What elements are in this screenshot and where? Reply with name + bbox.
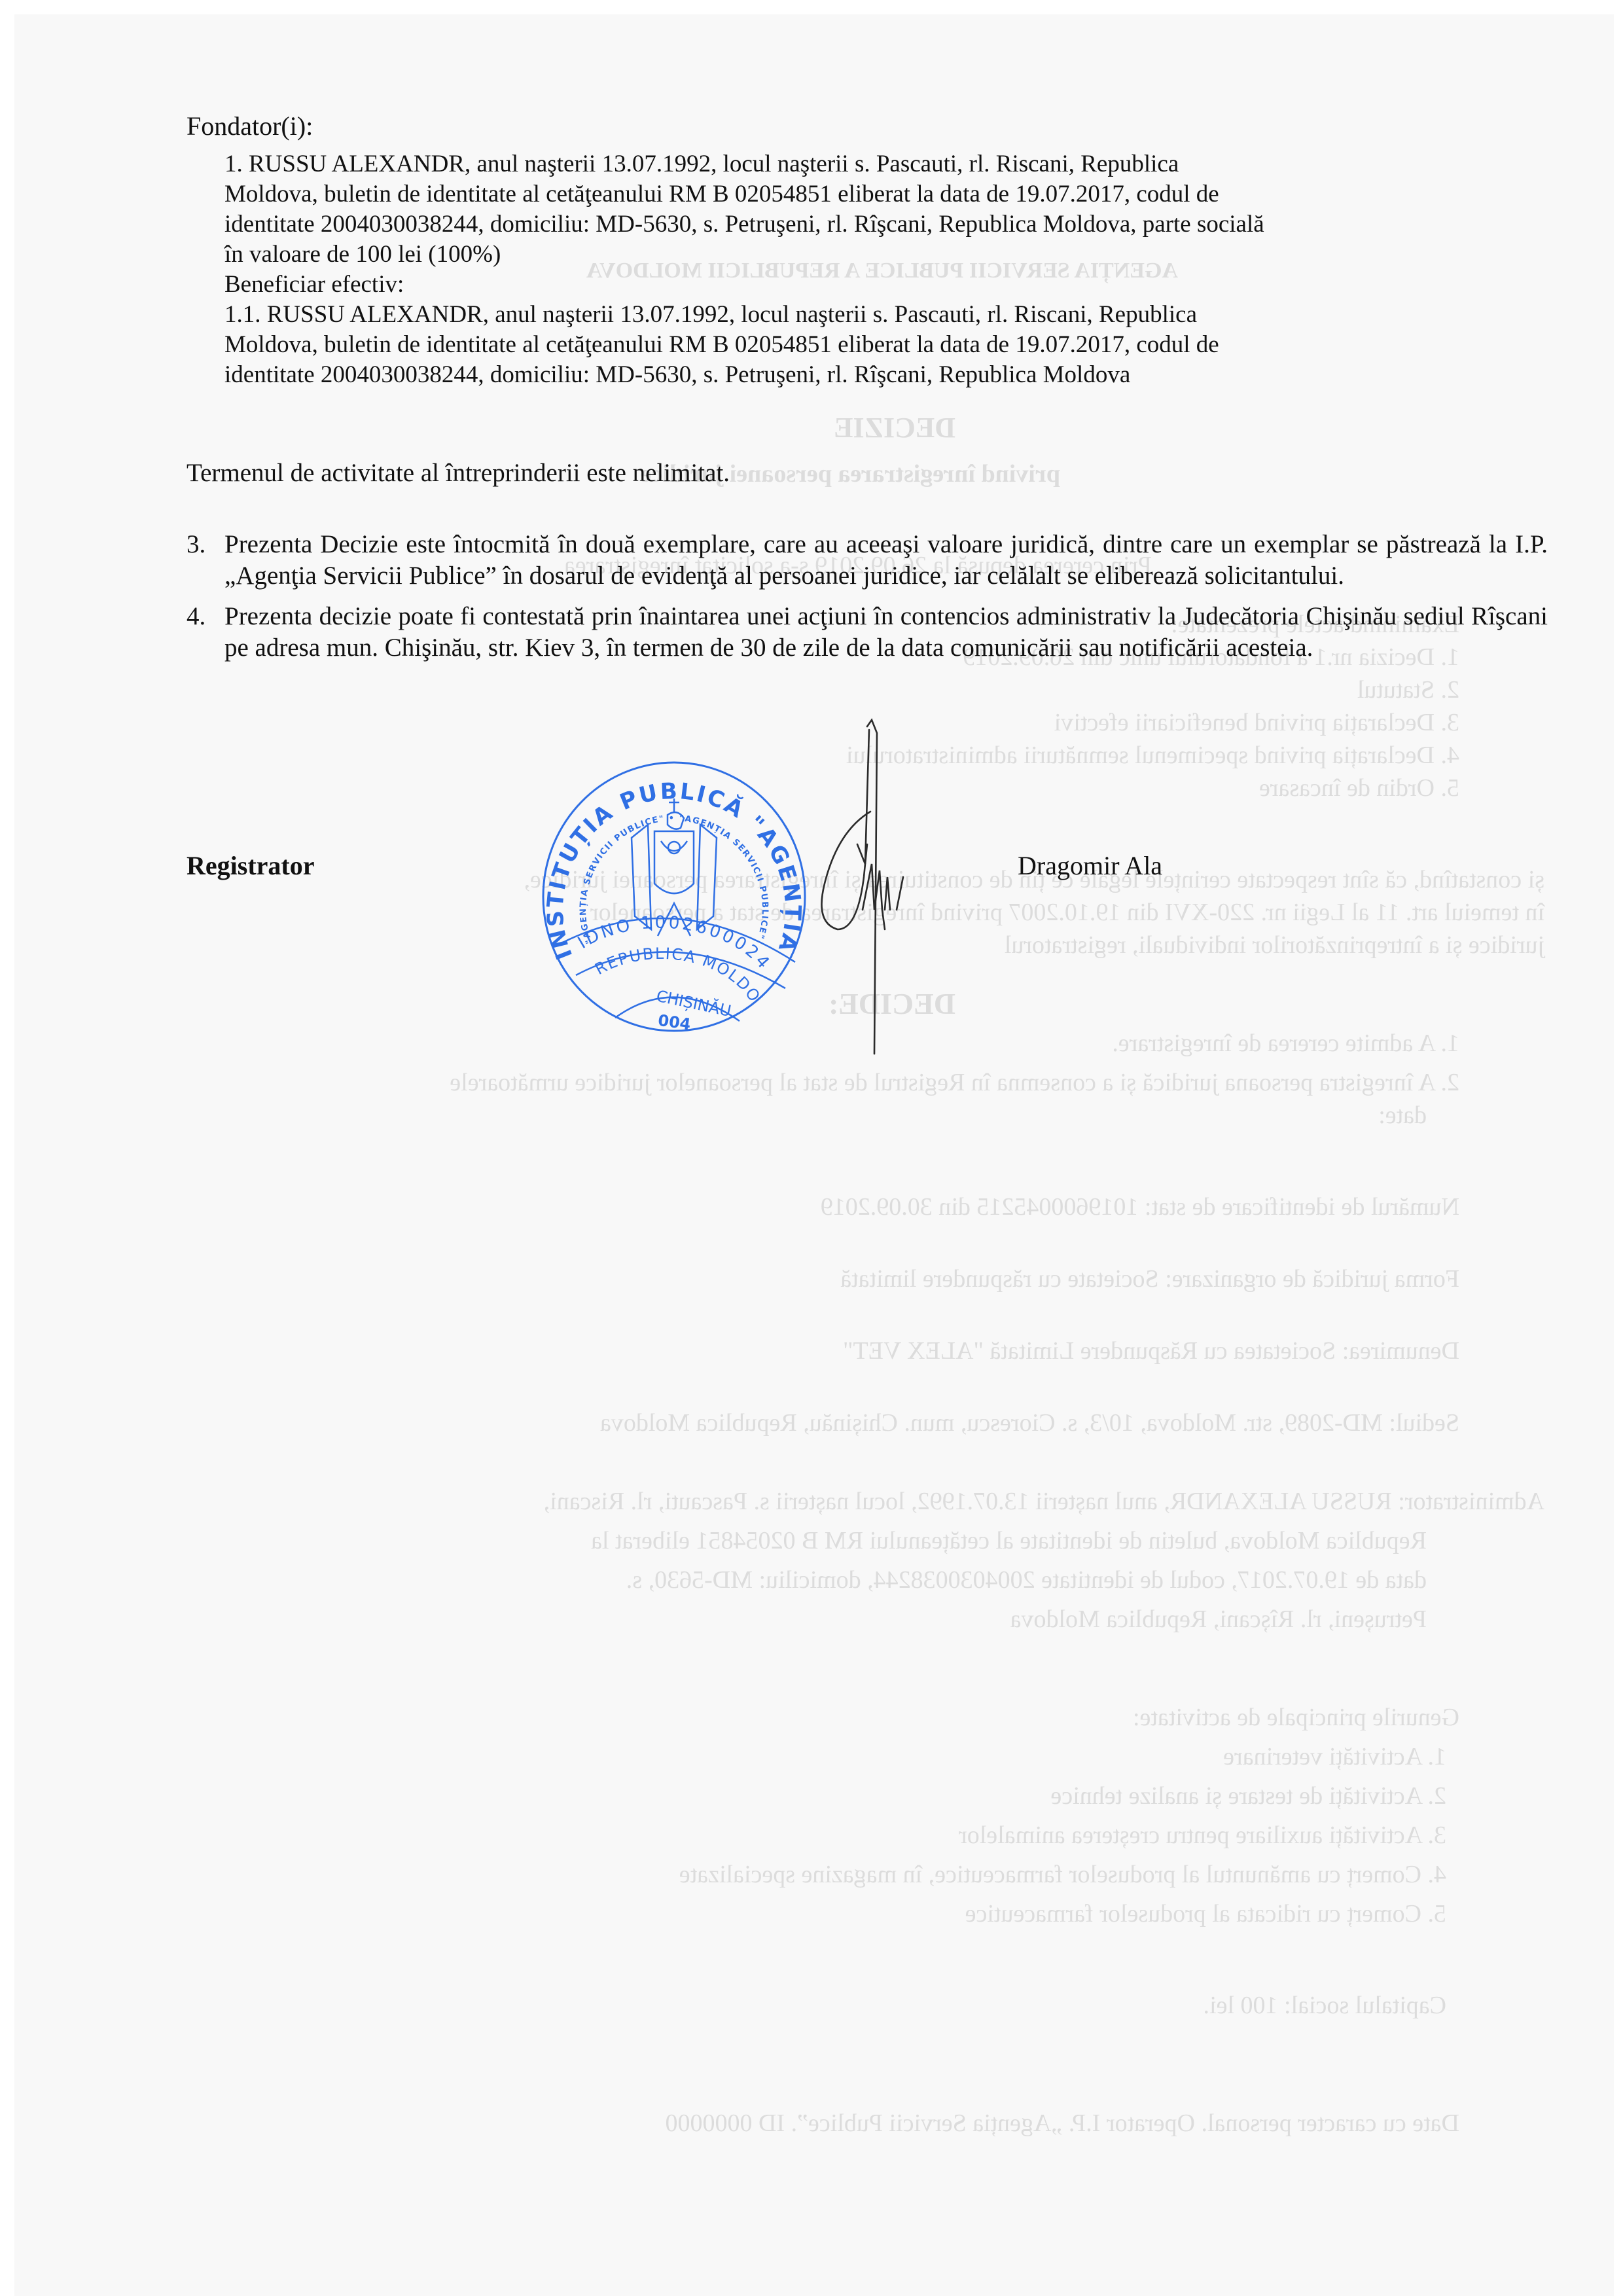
beneficiary-line: 1.1. RUSSU ALEXANDR, anul naşterii 13.07…	[224, 300, 1520, 330]
signatory-role: Registrator	[187, 851, 314, 881]
clause-number: 3.	[187, 529, 224, 592]
beneficiary-line: Moldova, buletin de identitate al cetăţe…	[224, 330, 1520, 360]
clause-text: Prezenta Decizie este întocmită în două …	[224, 529, 1548, 592]
founder-line: Moldova, buletin de identitate al cetăţe…	[224, 179, 1520, 209]
beneficiary-heading: Beneficiar efectiv:	[224, 270, 1520, 300]
clauses-list: 3. Prezenta Decizie este întocmită în do…	[187, 529, 1548, 673]
term-statement: Termenul de activitate al întreprinderii…	[187, 458, 730, 488]
founders-heading: Fondator(i):	[187, 111, 313, 141]
founder-line: identitate 2004030038244, domiciliu: MD-…	[224, 209, 1520, 240]
clause-text: Prezenta decizie poate fi contestată pri…	[224, 601, 1548, 664]
clause-3: 3. Prezenta Decizie este întocmită în do…	[187, 529, 1548, 592]
signatory-name: Dragomir Ala	[1018, 851, 1162, 881]
handwritten-signature	[811, 713, 942, 1106]
founder-line: în valoare de 100 lei (100%)	[224, 240, 1520, 270]
founder-line: 1. RUSSU ALEXANDR, anul naşterii 13.07.1…	[224, 149, 1520, 179]
clause-4: 4. Prezenta decizie poate fi contestată …	[187, 601, 1548, 664]
beneficiary-line: identitate 2004030038244, domiciliu: MD-…	[224, 360, 1520, 390]
clause-number: 4.	[187, 601, 224, 664]
founder-block: 1. RUSSU ALEXANDR, anul naşterii 13.07.1…	[224, 149, 1520, 390]
official-stamp: INSTITUȚIA PUBLICĂ "AGENȚIA SERVICII PUB…	[537, 759, 811, 1034]
